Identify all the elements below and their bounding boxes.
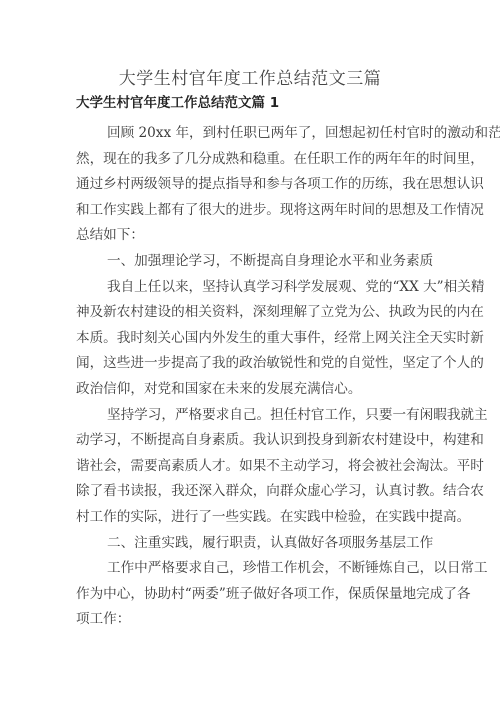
text-line: 通过乡村两级领导的提点指导和参与各项工作的历练，我在思想认识 (76, 172, 425, 198)
text-line: 谐社会，需要高素质人才。如果不主动学习，将会被社会淘汰。平时 (76, 454, 425, 480)
text-line: 然，现在的我多了几分成熟和稳重。在任职工作的两年年的时间里， (76, 147, 425, 173)
text-line: 除了看书读报，我还深入群众，向群众虚心学习，认真讨教。结合农 (76, 479, 425, 505)
text-line: 神及新农村建设的相关资料，深刻理解了立党为公、执政为民的内在 (76, 300, 425, 326)
text-line: 村工作的实际，进行了一些实践。在实践中检验，在实践中提高。 (76, 505, 425, 531)
text-line: 坚持学习，严格要求自己。担任村官工作，只要一有闲暇我就主 (76, 403, 425, 429)
text-line: 政治信仰，对党和国家在未来的发展充满信心。 (76, 377, 425, 403)
document-body: 回顾 20xx 年，到村任职已两年了，回想起初任村官时的激动和茫 然，现在的我多… (76, 121, 425, 633)
section-heading: 大学生村官年度工作总结范文篇 1 (76, 91, 279, 111)
text-line: 动学习，不断提高自身素质。我认识到投身到新农村建设中，构建和 (76, 428, 425, 454)
text-line: 我自上任以来，坚持认真学习科学发展观、党的“XX 大”相关精 (76, 275, 425, 301)
text-line: 回顾 20xx 年，到村任职已两年了，回想起初任村官时的激动和茫 (76, 121, 425, 147)
document-title: 大学生村官年度工作总结范文三篇 (0, 64, 500, 89)
text-line: 作为中心，协助村“两委”班子做好各项工作，保质保量地完成了各 (76, 582, 425, 608)
text-line: 本质。我时刻关心国内外发生的重大事件，经常上网关注全天实时新 (76, 326, 425, 352)
text-line: 总结如下： (76, 223, 425, 249)
document-page: 大学生村官年度工作总结范文三篇 大学生村官年度工作总结范文篇 1 回顾 20xx… (0, 0, 500, 707)
section-point-heading: 二、注重实践，履行职责，认真做好各项服务基层工作 (76, 531, 425, 557)
section-point-heading: 一、加强理论学习，不断提高自身理论水平和业务素质 (76, 249, 425, 275)
text-line: 工作中严格要求自己，珍惜工作机会，不断锤炼自己，以日常工 (76, 556, 425, 582)
text-line: 闻，这些进一步提高了我的政治敏锐性和党的自觉性，坚定了个人的 (76, 351, 425, 377)
text-line: 项工作： (76, 607, 425, 633)
text-line: 和工作实践上都有了很大的进步。现将这两年时间的思想及工作情况 (76, 198, 425, 224)
